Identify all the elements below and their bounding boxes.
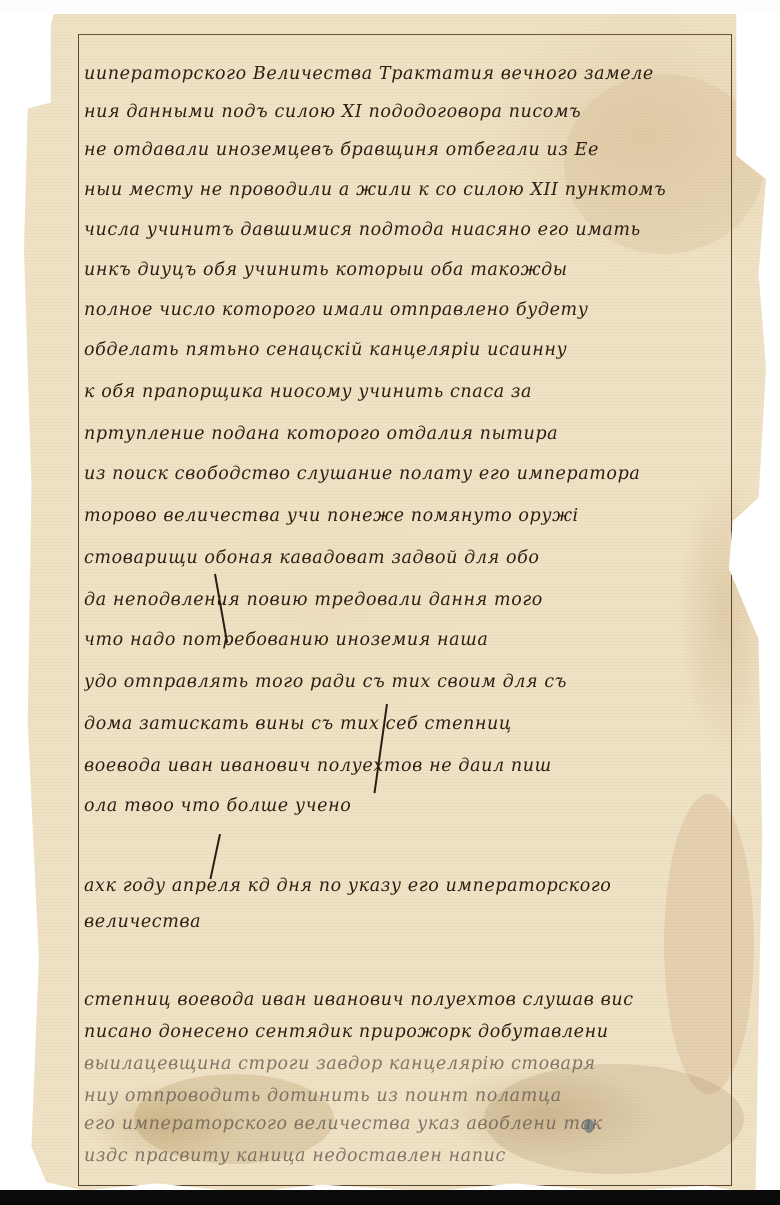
text-line: ола твоо что болше учено (84, 786, 724, 826)
footer-line: издс прасвиту каница недоставлен напис (84, 1136, 724, 1176)
text-line: ныи месту не проводили а жили к со силою… (84, 170, 724, 210)
text-line: да неподвления повию тредовали дання тог… (84, 580, 724, 620)
scan-top-margin (0, 0, 780, 12)
text-line: что надо потребованию иноземия наша (84, 620, 724, 660)
date-line: ахк году апреля кд дня по указу его импе… (84, 866, 724, 906)
text-line: не отдавали иноземцевъ бравщиня отбегали… (84, 130, 724, 170)
text-line: инкъ диуцъ обя учинить которыи оба також… (84, 250, 724, 290)
text-line: стоварищи обоная кавадоват задвой для об… (84, 538, 724, 578)
text-line: ииператорского Величества Трактатия вечн… (84, 54, 724, 94)
text-line: удо отправлять того ради съ тих своим дл… (84, 662, 724, 702)
text-line: полное число которого имали отправлено б… (84, 290, 724, 330)
manuscript-paper: ииператорского Величества Трактатия вечн… (24, 14, 766, 1194)
text-line: пртупление подана которого отдалия пытир… (84, 414, 724, 454)
text-line: числа учинитъ давшимися подтода ниасяно … (84, 210, 724, 250)
text-line: из поиск свободство слушание полату его … (84, 454, 724, 494)
scan-bottom-edge (0, 1190, 780, 1205)
date-line: величества (84, 902, 724, 942)
text-line: к обя прапорщика ниосому учинить спаса з… (84, 372, 724, 412)
text-line: ния данными подъ силою XI пододоговора п… (84, 92, 724, 132)
text-line: воевода иван иванович полуехтов не даил … (84, 746, 724, 786)
text-line: дома затискать вины съ тих себ степниц (84, 704, 724, 744)
text-line: обделать пятьно сенацскій канцеляріи иса… (84, 330, 724, 370)
text-line: торово величества учи понеже помянуто ор… (84, 496, 724, 536)
